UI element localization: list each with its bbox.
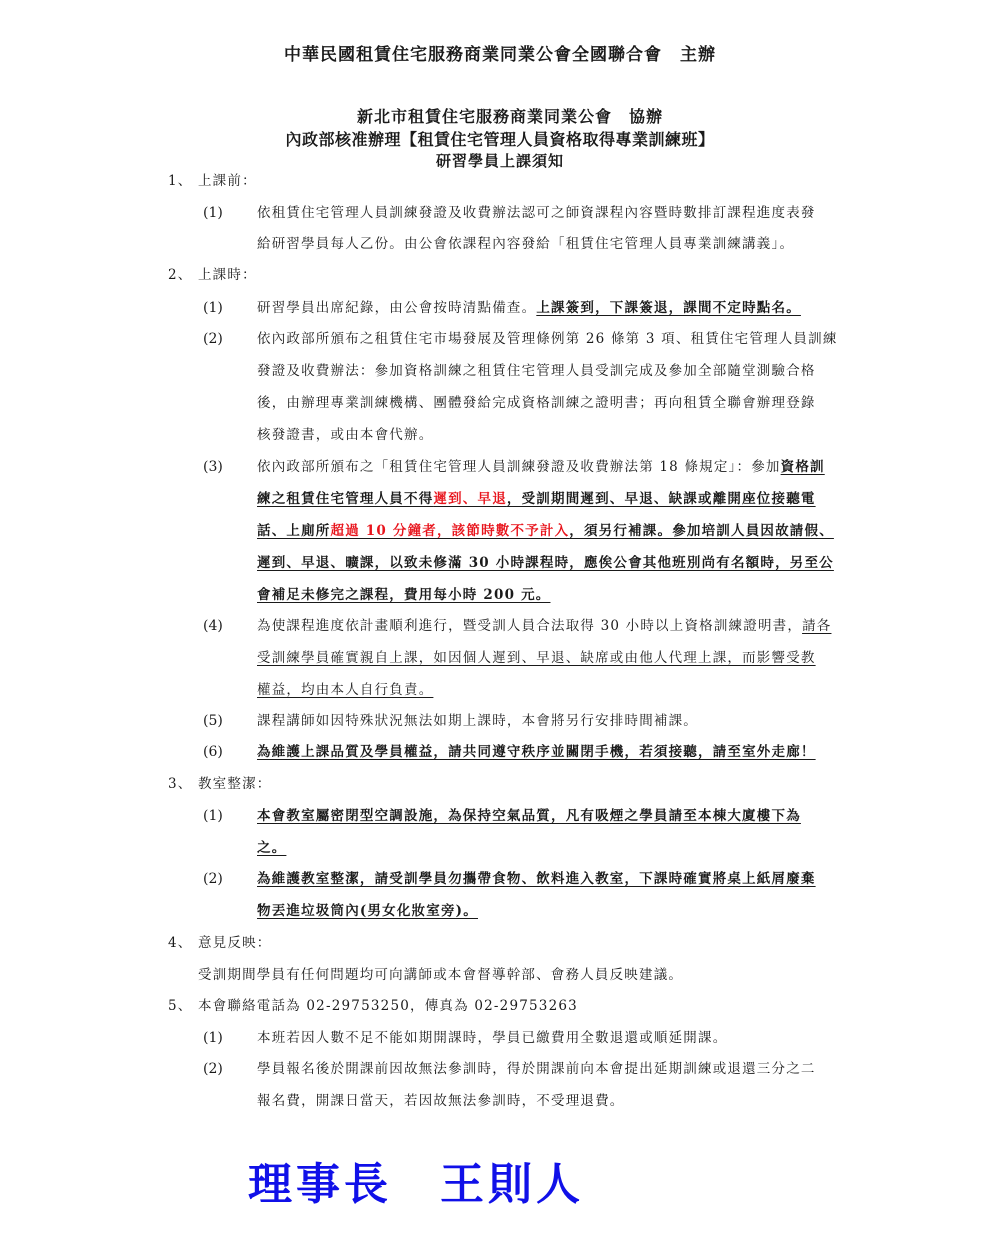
organizer-heading: 中華民國租賃住宅服務商業同業公會全國聯合會 主辦 <box>0 40 1000 65</box>
paragraph-line: 物丟進垃圾筒內(男女化妝室旁)。 <box>257 902 478 920</box>
paragraph-line: 為維護上課品質及學員權益，請共同遵守秩序並關閉手機，若須接聽，請至室外走廊！ <box>257 743 816 761</box>
emphasis-text: 話、上廁所 <box>257 523 331 539</box>
paragraph-line: 本班若因人數不足不能如期開課時，學員已繳費用全數退還或順延開課。 <box>257 1029 727 1047</box>
item-number: (2) <box>203 870 223 888</box>
paragraph-line: 依內政部所頒布之租賃住宅市場發展及管理條例第 26 條第 3 項、租賃住宅管理人… <box>257 330 838 348</box>
item-number: (1) <box>203 299 223 317</box>
item-number: (4) <box>203 617 223 635</box>
paragraph-line: 核發證書，或由本會代辦。 <box>257 426 433 444</box>
paragraph-line: 為使課程進度依計畫順利進行，暨受訓人員合法取得 30 小時以上資格訓練證明書，請… <box>257 617 831 635</box>
paragraph-line: 報名費，開課日當天，若因故無法參訓時，不受理退費。 <box>257 1092 625 1110</box>
item-number: (1) <box>203 204 223 222</box>
underlined-text: 請各 <box>802 618 831 634</box>
section-5-label: 5、 本會聯絡電話為 02-29753250，傳真為 02-29753263 <box>168 997 578 1015</box>
paragraph-line: 權益，均由本人自行負責。 <box>257 681 433 699</box>
paragraph-line: 發證及收費辦法：參加資格訓練之租賃住宅管理人員受訓完成及參加全部隨堂測驗合格 <box>257 362 816 380</box>
notice-document: 中華民國租賃住宅服務商業同業公會全國聯合會 主辦 新北市租賃住宅服務商業同業公會… <box>0 0 1000 1234</box>
paragraph-line: 依租賃住宅管理人員訓練發證及收費辦法認可之師資課程內容暨時數排訂課程進度表發 <box>257 204 816 222</box>
item-number: (2) <box>203 330 223 348</box>
document-title: 研習學員上課須知 <box>0 150 1000 171</box>
paragraph-line: 練之租賃住宅管理人員不得遲到、早退，受訓期間遲到、早退、缺課或離開座位接聽電 <box>257 490 816 508</box>
item-number: (6) <box>203 743 223 761</box>
paragraph-line: 之。 <box>257 839 286 857</box>
paragraph-line: 為維護教室整潔，請受訓學員勿攜帶食物、飲料進入教室，下課時確實將桌上紙屑廢棄 <box>257 870 816 888</box>
item-number: (5) <box>203 712 223 730</box>
co-organizer-heading: 新北市租賃住宅服務商業同業公會 協辦 <box>0 104 1000 127</box>
plain-text: 依內政部所頒布之「租賃住宅管理人員訓練發證及收費辦法第 18 條規定」：參加 <box>257 459 781 475</box>
red-emphasis-text: 遲到、早退 <box>433 491 507 507</box>
item-number: (3) <box>203 458 223 476</box>
section-1-label: 1、 上課前： <box>168 172 257 190</box>
paragraph-line: 給研習學員每人乙份。由公會依課程內容發給「租賃住宅管理人員專業訓練講義」。 <box>257 235 794 253</box>
item-number: (1) <box>203 807 223 825</box>
emphasis-text: 資格訓 <box>781 459 825 475</box>
paragraph-line: 課程講師如因特殊狀況無法如期上課時，本會將另行安排時間補課。 <box>257 712 698 730</box>
section-4-label: 4、 意見反映： <box>168 934 271 952</box>
plain-text: 為使課程進度依計畫順利進行，暨受訓人員合法取得 30 小時以上資格訓練證明書， <box>257 618 802 634</box>
program-heading: 內政部核准辦理【租賃住宅管理人員資格取得專業訓練班】 <box>0 127 1000 150</box>
paragraph-line: 後，由辦理專業訓練機構、團體發給完成資格訓練之證明書；再向租賃全聯會辦理登錄 <box>257 394 816 412</box>
plain-text: 研習學員出席紀錄，由公會按時清點備查。 <box>257 300 536 316</box>
paragraph-line: 遲到、早退、曠課，以致未修滿 30 小時課程時，應俟公會其他班別尚有名額時，另至… <box>257 554 834 572</box>
item-number: (2) <box>203 1060 223 1078</box>
paragraph-line: 依內政部所頒布之「租賃住宅管理人員訓練發證及收費辦法第 18 條規定」：參加資格… <box>257 458 825 476</box>
emphasis-text: 上課簽到，下課簽退，課間不定時點名。 <box>536 300 801 316</box>
emphasis-text: 練之租賃住宅管理人員不得 <box>257 491 433 507</box>
chairman-signature: 理事長 王則人 <box>248 1148 584 1212</box>
paragraph-line: 會補足未修完之課程，費用每小時 200 元。 <box>257 586 550 604</box>
section-3-label: 3、 教室整潔： <box>168 775 271 793</box>
section-2-label: 2、 上課時： <box>168 266 257 284</box>
red-emphasis-text: 超過 10 分鐘者，該節時數不予計入 <box>331 523 570 539</box>
paragraph-line: 學員報名後於開課前因故無法參訓時，得於開課前向本會提出延期訓練或退還三分之二 <box>257 1060 816 1078</box>
paragraph-line: 受訓期間學員有任何問題均可向講師或本會督導幹部、會務人員反映建議。 <box>198 966 683 984</box>
emphasis-text: ，須另行補課。參加培訓人員因故請假、 <box>569 523 834 539</box>
paragraph-line: 話、上廁所超過 10 分鐘者，該節時數不予計入，須另行補課。參加培訓人員因故請假… <box>257 522 834 540</box>
paragraph-line: 受訓練學員確實親自上課，如因個人遲到、早退、缺席或由他人代理上課，而影響受教 <box>257 649 816 667</box>
paragraph-line: 研習學員出席紀錄，由公會按時清點備查。上課簽到，下課簽退，課間不定時點名。 <box>257 299 801 317</box>
paragraph-line: 本會教室屬密閉型空調設施，為保持空氣品質，凡有吸煙之學員請至本棟大廈樓下為 <box>257 807 801 825</box>
emphasis-text: ，受訓期間遲到、早退、缺課或離開座位接聽電 <box>507 491 816 507</box>
item-number: (1) <box>203 1029 223 1047</box>
